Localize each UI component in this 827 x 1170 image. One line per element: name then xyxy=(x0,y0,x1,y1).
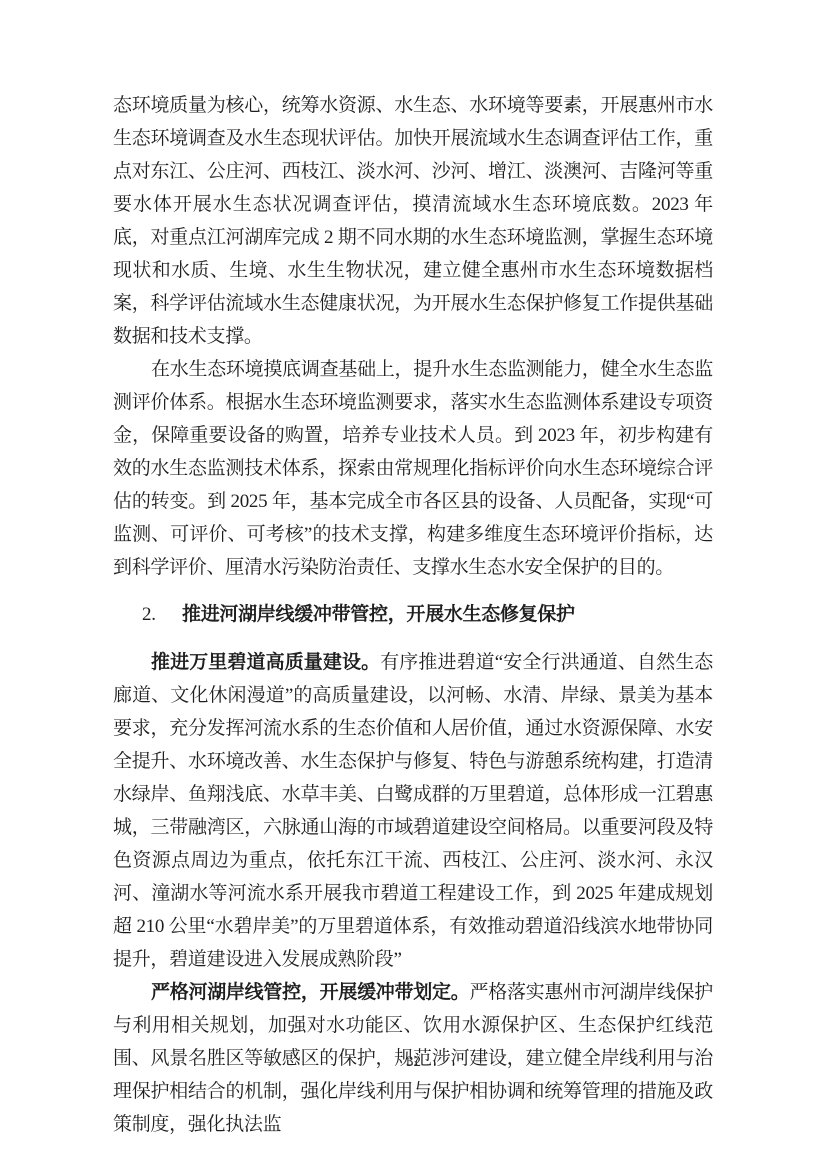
paragraph: 在水生态环境摸底调查基础上，提升水生态监测能力，健全水生态监测评价体系。根据水生… xyxy=(113,353,713,584)
paragraph-lead: 推进万里碧道高质量建设。 xyxy=(151,652,380,673)
section-heading-number: 2. xyxy=(142,598,182,631)
paragraph-lead: 严格河湖岸线管控，开展缓冲带划定。 xyxy=(151,982,469,1003)
paragraph-text: 有序推进碧道“安全行洪通道、自然生态廊道、文化休闲漫道”的高质量建设，以河畅、水… xyxy=(113,652,713,970)
paragraph-continuation: 态环境质量为核心，统筹水资源、水生态、水环境等要素，开展惠州市水生态环境调查及水… xyxy=(113,89,713,353)
section-heading: 2.推进河湖岸线缓冲带管控，开展水生态修复保护 xyxy=(113,598,713,631)
section-heading-title: 推进河湖岸线缓冲带管控，开展水生态修复保护 xyxy=(182,604,575,625)
page-number: 32 xyxy=(0,1052,827,1072)
document-page: 态环境质量为核心，统筹水资源、水生态、水环境等要素，开展惠州市水生态环境调查及水… xyxy=(0,0,827,1170)
paragraph: 推进万里碧道高质量建设。有序推进碧道“安全行洪通道、自然生态廊道、文化休闲漫道”… xyxy=(113,646,713,976)
page-content: 态环境质量为核心，统筹水资源、水生态、水环境等要素，开展惠州市水生态环境调查及水… xyxy=(113,89,713,1141)
